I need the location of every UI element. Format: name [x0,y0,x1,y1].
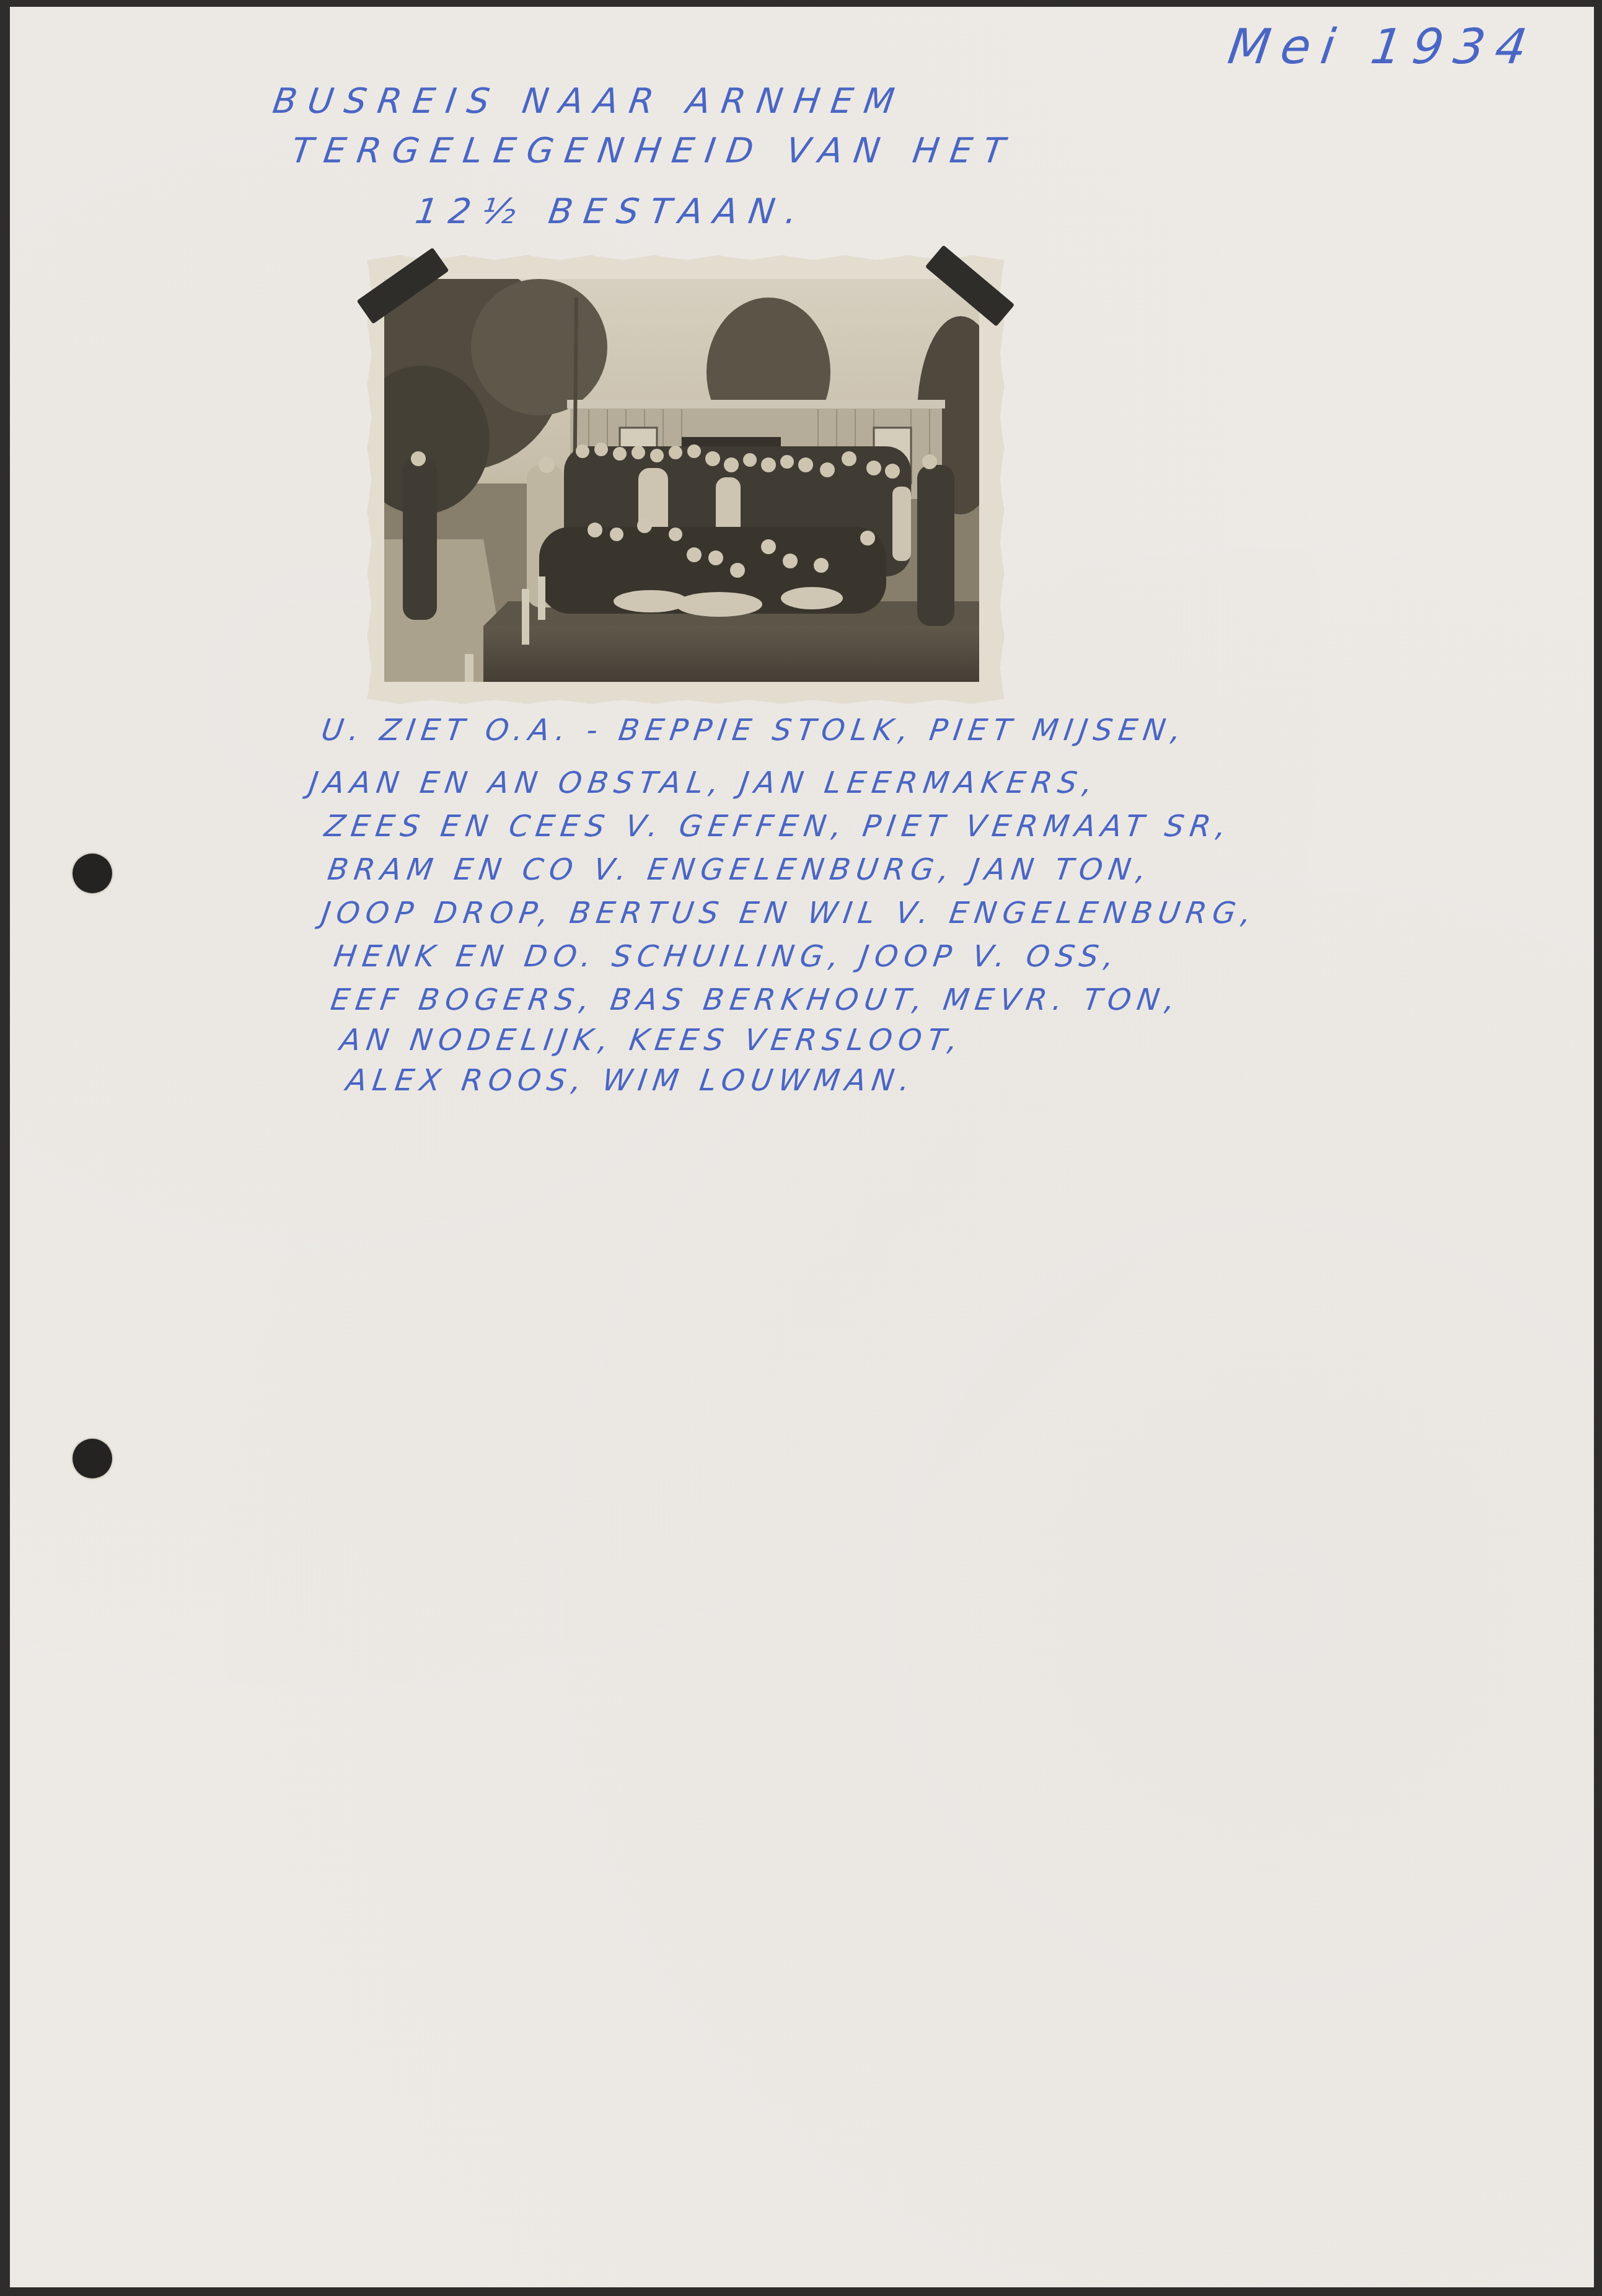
photo-illustration [384,279,979,682]
title-line-2: TERGELEGENHEID VAN HET [289,131,1018,171]
caption-line-3: ZEES EN CEES V. GEFFEN, PIET VERMAAT SR, [322,809,1235,844]
caption-line-7: EEF BOGERS, BAS BERKHOUT, MEVR. TON, [328,982,1183,1017]
title-line-1: BUSREIS NAAR ARNHEM [270,81,908,121]
punch-hole-top [73,854,112,893]
photo-image [384,279,979,682]
caption-line-8: AN NODELIJK, KEES VERSLOOT, [338,1023,966,1057]
caption-line-9: ALEX ROOS, WIM LOUWMAN. [344,1063,918,1098]
caption-line-5: JOOP DROP, BERTUS EN WIL V. ENGELENBURG, [319,896,1259,930]
caption-line-1: U. ZIET O.A. - BEPPIE STOLK, PIET MIJSEN… [319,713,1189,748]
group-photograph [367,255,1004,704]
caption-line-4: BRAM EN CO V. ENGELENBURG, JAN TON, [325,852,1155,887]
title-line-3: 12½ BESTAAN. [413,192,811,232]
punch-hole-bottom [73,1439,112,1478]
page-date: Mei 1934 [1225,19,1541,75]
caption-line-2: JAAN EN AN OBSTAL, JAN LEERMAKERS, [307,766,1101,800]
caption-line-6: HENK EN DO. SCHUILING, JOOP V. OSS, [332,939,1122,974]
